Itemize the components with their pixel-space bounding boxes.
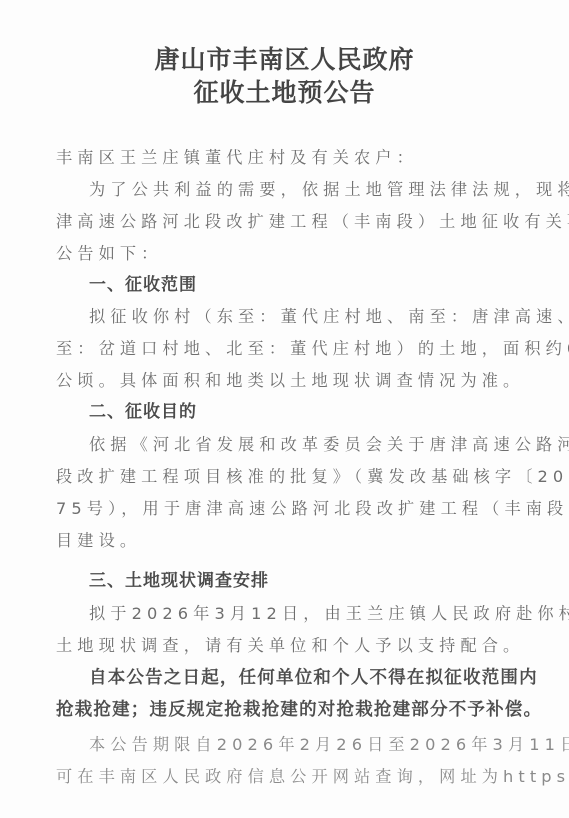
intro-line-3: 公告如下：	[56, 243, 516, 265]
notice-bold-line-2: 抢栽抢建；违反规定抢栽抢建的对抢栽抢建部分不予补偿。	[56, 699, 516, 721]
purpose-line-3: 75号），用于唐津高速公路河北段改扩建工程（丰南段）项	[56, 498, 516, 520]
section-heading-scope: 一、征收范围	[89, 274, 549, 296]
scope-line-3: 公顷。具体面积和地类以土地现状调查情况为准。	[56, 370, 516, 392]
purpose-line-2: 段改扩建工程项目核准的批复》（冀发改基础核字〔2025〕	[56, 466, 516, 488]
notice-bold-line-1: 自本公告之日起，任何单位和个人不得在拟征收范围内	[89, 667, 549, 689]
section-heading-purpose: 二、征收目的	[89, 401, 549, 423]
document-page: 唐山市丰南区人民政府 征收土地预公告 丰南区王兰庄镇董代庄村及有关农户： 为了公…	[0, 0, 569, 818]
scope-line-1: 拟征收你村（东至：董代庄村地、南至：唐津高速、西	[89, 306, 549, 328]
scope-line-2: 至：岔道口村地、北至：董代庄村地）的土地，面积约0.5013	[56, 338, 516, 360]
survey-line-2: 土地现状调查，请有关单位和个人予以支持配合。	[56, 635, 516, 657]
purpose-line-1: 依据《河北省发展和改革委员会关于唐津高速公路河北	[89, 434, 549, 456]
purpose-line-4: 目建设。	[56, 530, 516, 552]
document-title-line2: 征收土地预公告	[0, 78, 569, 108]
section-heading-survey: 三、土地现状调查安排	[89, 570, 549, 592]
intro-line-1: 为了公共利益的需要，依据土地管理法律法规，现将唐	[89, 179, 549, 201]
period-line-1: 本公告期限自2026年2月26日至2026年3月11日。本公告	[89, 734, 549, 756]
salutation: 丰南区王兰庄镇董代庄村及有关农户：	[56, 147, 516, 169]
document-title-line1: 唐山市丰南区人民政府	[0, 45, 569, 75]
intro-line-2: 津高速公路河北段改扩建工程（丰南段）土地征收有关事项	[56, 211, 516, 233]
survey-line-1: 拟于2026年3月12日，由王兰庄镇人民政府赴你村开展	[89, 603, 549, 625]
period-line-2: 可在丰南区人民政府信息公开网站查询，网址为https://w	[56, 766, 516, 788]
